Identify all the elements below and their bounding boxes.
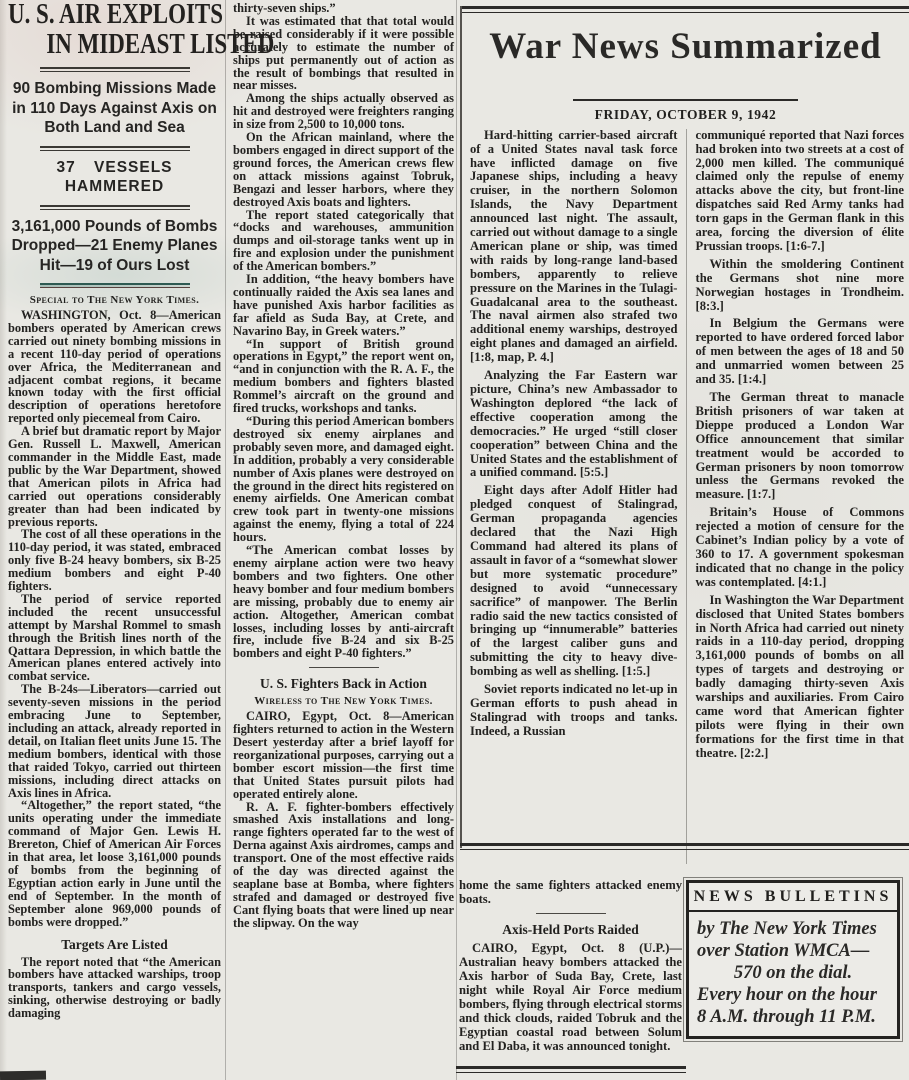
article-paragraph: Among the ships actually observed as hit… xyxy=(233,92,454,131)
news-bulletins-line: over Station WMCA— xyxy=(697,940,889,962)
subhead-targets-are-listed: Targets Are Listed xyxy=(8,937,221,953)
divider-rule xyxy=(40,67,190,72)
war-news-title: War News Summarized xyxy=(462,25,909,68)
news-bulletins-line: 570 on the dial. xyxy=(697,962,889,984)
war-news-paragraph: In Belgium the Germans were reported to … xyxy=(696,317,905,387)
article-paragraph: “During this period American bombers des… xyxy=(233,415,454,544)
column-divider-2 xyxy=(456,0,457,1080)
war-news-paragraph: Hard-hitting carrier-based aircraft of a… xyxy=(470,129,678,365)
article-body-col2: thirty-seven ships.”It was estimated tha… xyxy=(233,2,454,660)
article-body-col3: CAIRO, Egypt, Oct. 8 (U.P.)—Australian h… xyxy=(459,941,682,1053)
divider-rule xyxy=(40,146,190,151)
article-paragraph: thirty-seven ships.” xyxy=(233,2,454,15)
article-paragraph: In addition, “the heavy bombers have con… xyxy=(233,273,454,338)
war-news-paragraph: Eight days after Adolf Hitler had pledge… xyxy=(470,484,678,679)
article-headline-line2: IN MIDEAST LISTED xyxy=(46,30,221,60)
article-body-col3-continuation: home the same fighters attacked enemy bo… xyxy=(459,878,682,906)
news-bulletins-line: by The New York Times xyxy=(697,918,889,940)
article-credit-wireless: Wireless to The New York Times. xyxy=(233,695,454,707)
article-paragraph: On the African mainland, where the bombe… xyxy=(233,131,454,208)
divider-rule xyxy=(40,205,190,210)
war-news-columns: Hard-hitting carrier-based aircraft of a… xyxy=(462,129,909,864)
article-paragraph: It was estimated that that total would b… xyxy=(233,15,454,92)
article-deck-1: 90 Bombing Missions Made in 110 Days Aga… xyxy=(8,78,221,139)
news-bulletins-line: Every hour on the hour xyxy=(697,984,889,1006)
article-paragraph: A brief but dramatic report by Major Gen… xyxy=(8,425,221,528)
article-paragraph: The report noted that “the American bomb… xyxy=(8,956,221,1021)
war-news-paragraph: communiqué reported that Nazi forces had… xyxy=(696,129,905,254)
divider-rule xyxy=(309,667,379,668)
article-column-1: U. S. AIR EXPLOITS IN MIDEAST LISTED 90 … xyxy=(8,0,221,1020)
article-column-2: thirty-seven ships.”It was estimated tha… xyxy=(233,2,454,930)
ink-smudge xyxy=(0,1071,46,1080)
war-news-paragraph: Analyzing the Far Eastern war picture, C… xyxy=(470,369,678,480)
war-news-paragraph: Britain’s House of Commons rejected a mo… xyxy=(696,506,905,589)
article-column-3: home the same fighters attacked enemy bo… xyxy=(459,878,682,1053)
article-paragraph: CAIRO, Egypt, Oct. 8 (U.P.)—Australian h… xyxy=(459,941,682,1053)
article-paragraph: The period of service reported included … xyxy=(8,593,221,683)
article-body-col1b: The report noted that “the American bomb… xyxy=(8,956,221,1021)
article-paragraph: “In support of British ground operations… xyxy=(233,338,454,415)
article-paragraph: “Altogether,” the report stated, “the un… xyxy=(8,799,221,928)
divider-rule-teal xyxy=(40,283,190,288)
article-body-col1: WASHINGTON, Oct. 8—American bombers oper… xyxy=(8,309,221,929)
war-news-title-underline xyxy=(573,99,798,101)
divider-rule xyxy=(536,913,606,914)
article-deck-2: 37 VESSELS HAMMERED xyxy=(8,157,221,198)
war-news-paragraph: In Washington the War Department disclos… xyxy=(696,594,905,761)
article-paragraph: “The American combat losses by enemy air… xyxy=(233,544,454,660)
news-bulletins-text: by The New York Timesover Station WMCA—5… xyxy=(689,912,897,1036)
article-paragraph: The report stated categorically that “do… xyxy=(233,209,454,274)
article-headline-line1: U. S. AIR EXPLOITS xyxy=(8,0,183,30)
news-bulletins-line: 8 A.M. through 11 P.M. xyxy=(697,1006,889,1028)
article-paragraph: WASHINGTON, Oct. 8—American bombers oper… xyxy=(8,309,221,425)
article-paragraph: CAIRO, Egypt, Oct. 8—American fighters r… xyxy=(233,710,454,800)
war-news-left-column: Hard-hitting carrier-based aircraft of a… xyxy=(466,129,687,864)
column-3-end-rule xyxy=(456,1066,686,1073)
article-paragraph: The B-24s—Liberators—carried out seventy… xyxy=(8,683,221,799)
article-paragraph: The cost of all these operations in the … xyxy=(8,528,221,593)
subhead-fighters-back-in-action: U. S. Fighters Back in Action xyxy=(233,676,454,692)
war-news-top-rule xyxy=(462,6,909,13)
war-news-right-column: communiqué reported that Nazi forces had… xyxy=(687,129,908,864)
article-body-col2b: CAIRO, Egypt, Oct. 8—American fighters r… xyxy=(233,710,454,929)
column-divider-1 xyxy=(225,0,226,1080)
war-news-summarized-section: War News Summarized FRIDAY, OCTOBER 9, 1… xyxy=(460,6,909,848)
war-news-bottom-rule xyxy=(460,843,909,850)
war-news-paragraph: Within the smoldering Continent the Germ… xyxy=(696,258,905,314)
war-news-date: FRIDAY, OCTOBER 9, 1942 xyxy=(462,107,909,123)
news-bulletins-box: NEWS BULLETINS by The New York Timesover… xyxy=(686,880,900,1039)
article-deck-3: 3,161,000 Pounds of Bombs Dropped—21 Ene… xyxy=(8,216,221,277)
newspaper-page: U. S. AIR EXPLOITS IN MIDEAST LISTED 90 … xyxy=(0,0,909,1080)
article-paragraph: R. A. F. fighter-bombers effectively sma… xyxy=(233,801,454,930)
article-credit: Special to The New York Times. xyxy=(8,294,221,306)
news-bulletins-title: NEWS BULLETINS xyxy=(689,883,897,912)
war-news-paragraph: The German threat to manacle British pri… xyxy=(696,391,905,502)
war-news-paragraph: Soviet reports indicated no let-up in Ge… xyxy=(470,683,678,739)
subhead-axis-held-ports-raided: Axis-Held Ports Raided xyxy=(459,922,682,938)
article-paragraph: home the same fighters attacked enemy bo… xyxy=(459,878,682,906)
